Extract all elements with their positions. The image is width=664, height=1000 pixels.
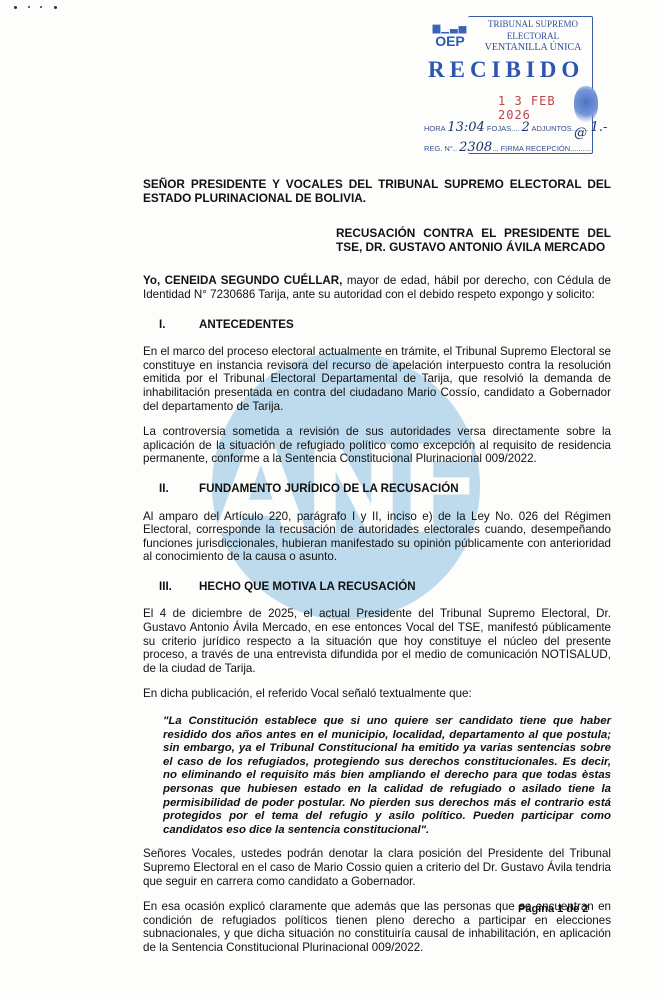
received-stamp: ▆▁▃▅ OEP TRIBUNAL SUPREMO ELECTORAL VENT… — [424, 14, 596, 154]
reg-value: 2308 — [459, 140, 492, 155]
stamp-row-reg: REG. N°.. 2308... FIRMA RECEPCIÓN.......… — [424, 140, 593, 155]
section-title: FUNDAMENTO JURÍDICO DE LA RECUSACIÓN — [199, 482, 459, 496]
stamp-institution: TRIBUNAL SUPREMO ELECTORAL — [474, 18, 592, 42]
fojas-value: 2 — [522, 120, 530, 135]
section-heading-2: II. FUNDAMENTO JURÍDICO DE LA RECUSACIÓN — [143, 482, 611, 496]
section-number: I. — [143, 318, 199, 332]
section-title: HECHO QUE MOTIVA LA RECUSACIÓN — [199, 580, 416, 594]
block-quote: "La Constitución establece que si uno qu… — [163, 715, 611, 837]
section-title: ANTECEDENTES — [199, 318, 294, 332]
paragraph: La controversia sometida a revisión de s… — [143, 425, 611, 466]
intro-paragraph: Yo, CENEIDA SEGUNDO CUÉLLAR, mayor de ed… — [143, 274, 611, 301]
petitioner-name: Yo, CENEIDA SEGUNDO CUÉLLAR, — [143, 274, 342, 287]
section-number: II. — [143, 482, 199, 496]
oep-logo: ▆▁▃▅ OEP — [432, 24, 468, 48]
section-heading-3: III. HECHO QUE MOTIVA LA RECUSACIÓN — [143, 580, 611, 594]
fojas-label: FOJAS — [487, 124, 511, 133]
reg-label: REG. N° — [424, 144, 453, 153]
section-number: III. — [143, 580, 199, 594]
firma-label: FIRMA RECEPCIÓN — [501, 144, 571, 153]
document-body: SEÑOR PRESIDENTE Y VOCALES DEL TRIBUNAL … — [143, 178, 611, 967]
addressee: SEÑOR PRESIDENTE Y VOCALES DEL TRIBUNAL … — [143, 178, 611, 205]
stamp-office: VENTANILLA ÚNICA — [474, 42, 592, 54]
stamp-header: TRIBUNAL SUPREMO ELECTORAL VENTANILLA ÚN… — [474, 18, 592, 54]
adjuntos-value: 1.- — [591, 120, 608, 135]
document-page: ANF ▆▁▃▅ OEP TRIBUNAL SUPREMO ELECTORAL … — [0, 0, 664, 1000]
hora-label: HORA — [424, 124, 445, 133]
paragraph: El 4 de diciembre de 2025, el actual Pre… — [143, 607, 611, 675]
signature-mark: @ — [574, 126, 587, 141]
hora-value: 13:04 — [447, 120, 484, 135]
paragraph: Señores Vocales, ustedes podrán denotar … — [143, 847, 611, 888]
paragraph: Al amparo del Artículo 220, parágrafo I … — [143, 510, 611, 564]
subject: RECUSACIÓN CONTRA EL PRESIDENTE DEL TSE,… — [336, 227, 611, 254]
oep-logo-text: OEP — [432, 34, 468, 48]
seal-icon — [574, 86, 598, 122]
section-heading-1: I. ANTECEDENTES — [143, 318, 611, 332]
adjuntos-label: ADJUNTOS — [531, 124, 571, 133]
page-number: Página 1 de 2 — [518, 903, 588, 915]
paragraph: En el marco del proceso electoral actual… — [143, 345, 611, 413]
paragraph: En dicha publicación, el referido Vocal … — [143, 687, 611, 701]
stamp-received-label: RECIBIDO — [428, 58, 594, 81]
scan-specks — [14, 6, 60, 10]
